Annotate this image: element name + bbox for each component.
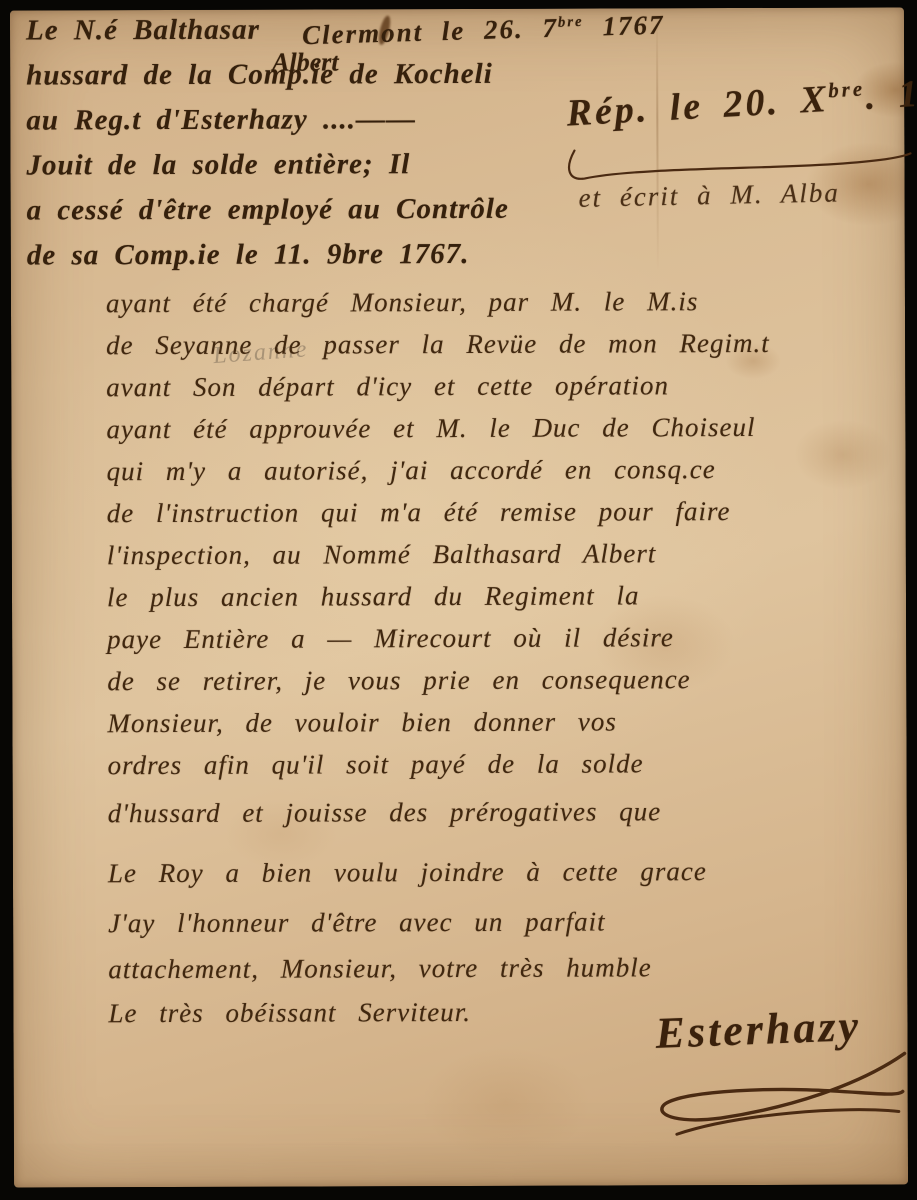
body-line: de l'instruction qui m'a été remise pour… <box>107 495 907 540</box>
body-line: J'ay l'honneur d'être avec un parfait <box>108 905 908 950</box>
body-line: paye Entière a — Mirecourt où il désire <box>107 621 907 666</box>
dateline-year: 1767 <box>583 10 665 42</box>
reply-year: . 1767 <box>864 69 917 118</box>
body-line: avant Son départ d'icy et cette opératio… <box>106 369 906 414</box>
body-line: qui m'y a autorisé, j'ai accordé en cons… <box>107 453 907 498</box>
body-line: l'inspection, au Nommé Balthasard Albert <box>107 537 907 582</box>
body-line: de se retirer, je vous prie en consequen… <box>107 663 907 708</box>
reply-docket: Rép. le 20. Xbre. 1767 <box>565 68 917 135</box>
interline-insertion: Albert <box>272 47 339 77</box>
body-line: attachement, Monsieur, votre très humble <box>108 951 908 996</box>
forward-note: et écrit à M. Alba <box>578 177 840 213</box>
docket-line: au Reg.t d'Esterhazy ....—— <box>26 103 586 150</box>
letter-body: ayant été chargé Monsieur, par M. le M.i… <box>106 285 909 1040</box>
paper-crease <box>656 16 659 271</box>
body-line: Le Roy a bien voulu joindre à cette grac… <box>108 855 908 900</box>
body-line: ayant été chargé Monsieur, par M. le M.i… <box>106 285 906 330</box>
body-line: de Seyanne de passer la Revüe de mon Reg… <box>106 327 906 372</box>
body-line: ayant été approuvée et M. le Duc de Choi… <box>106 411 906 456</box>
body-line: d'hussard et jouisse des prérogatives qu… <box>108 795 908 840</box>
photo-frame: Le N.é Balthasar hussard de la Comp.ie d… <box>0 0 917 1200</box>
reply-superscript: bre <box>828 76 866 102</box>
signature-flourish-icon <box>649 1049 914 1140</box>
docket-line: a cessé d'être employé au Contrôle <box>27 193 587 240</box>
body-line: ordres afin qu'il soit payé de la solde <box>108 747 908 792</box>
manuscript-paper: Le N.é Balthasar hussard de la Comp.ie d… <box>10 7 908 1187</box>
body-line: le plus ancien hussard du Regiment la <box>107 579 907 624</box>
reply-text: Rép. le 20. X <box>565 78 829 135</box>
dateline-superscript: bre <box>558 14 584 31</box>
body-line: Monsieur, de vouloir bien donner vos <box>107 705 907 750</box>
dateline-text: Clermont le 26. 7 <box>302 13 559 51</box>
docket-line: Jouit de la solde entière; Il <box>26 148 586 195</box>
docket-line: de sa Comp.ie le 11. 9bre 1767. <box>27 238 587 285</box>
